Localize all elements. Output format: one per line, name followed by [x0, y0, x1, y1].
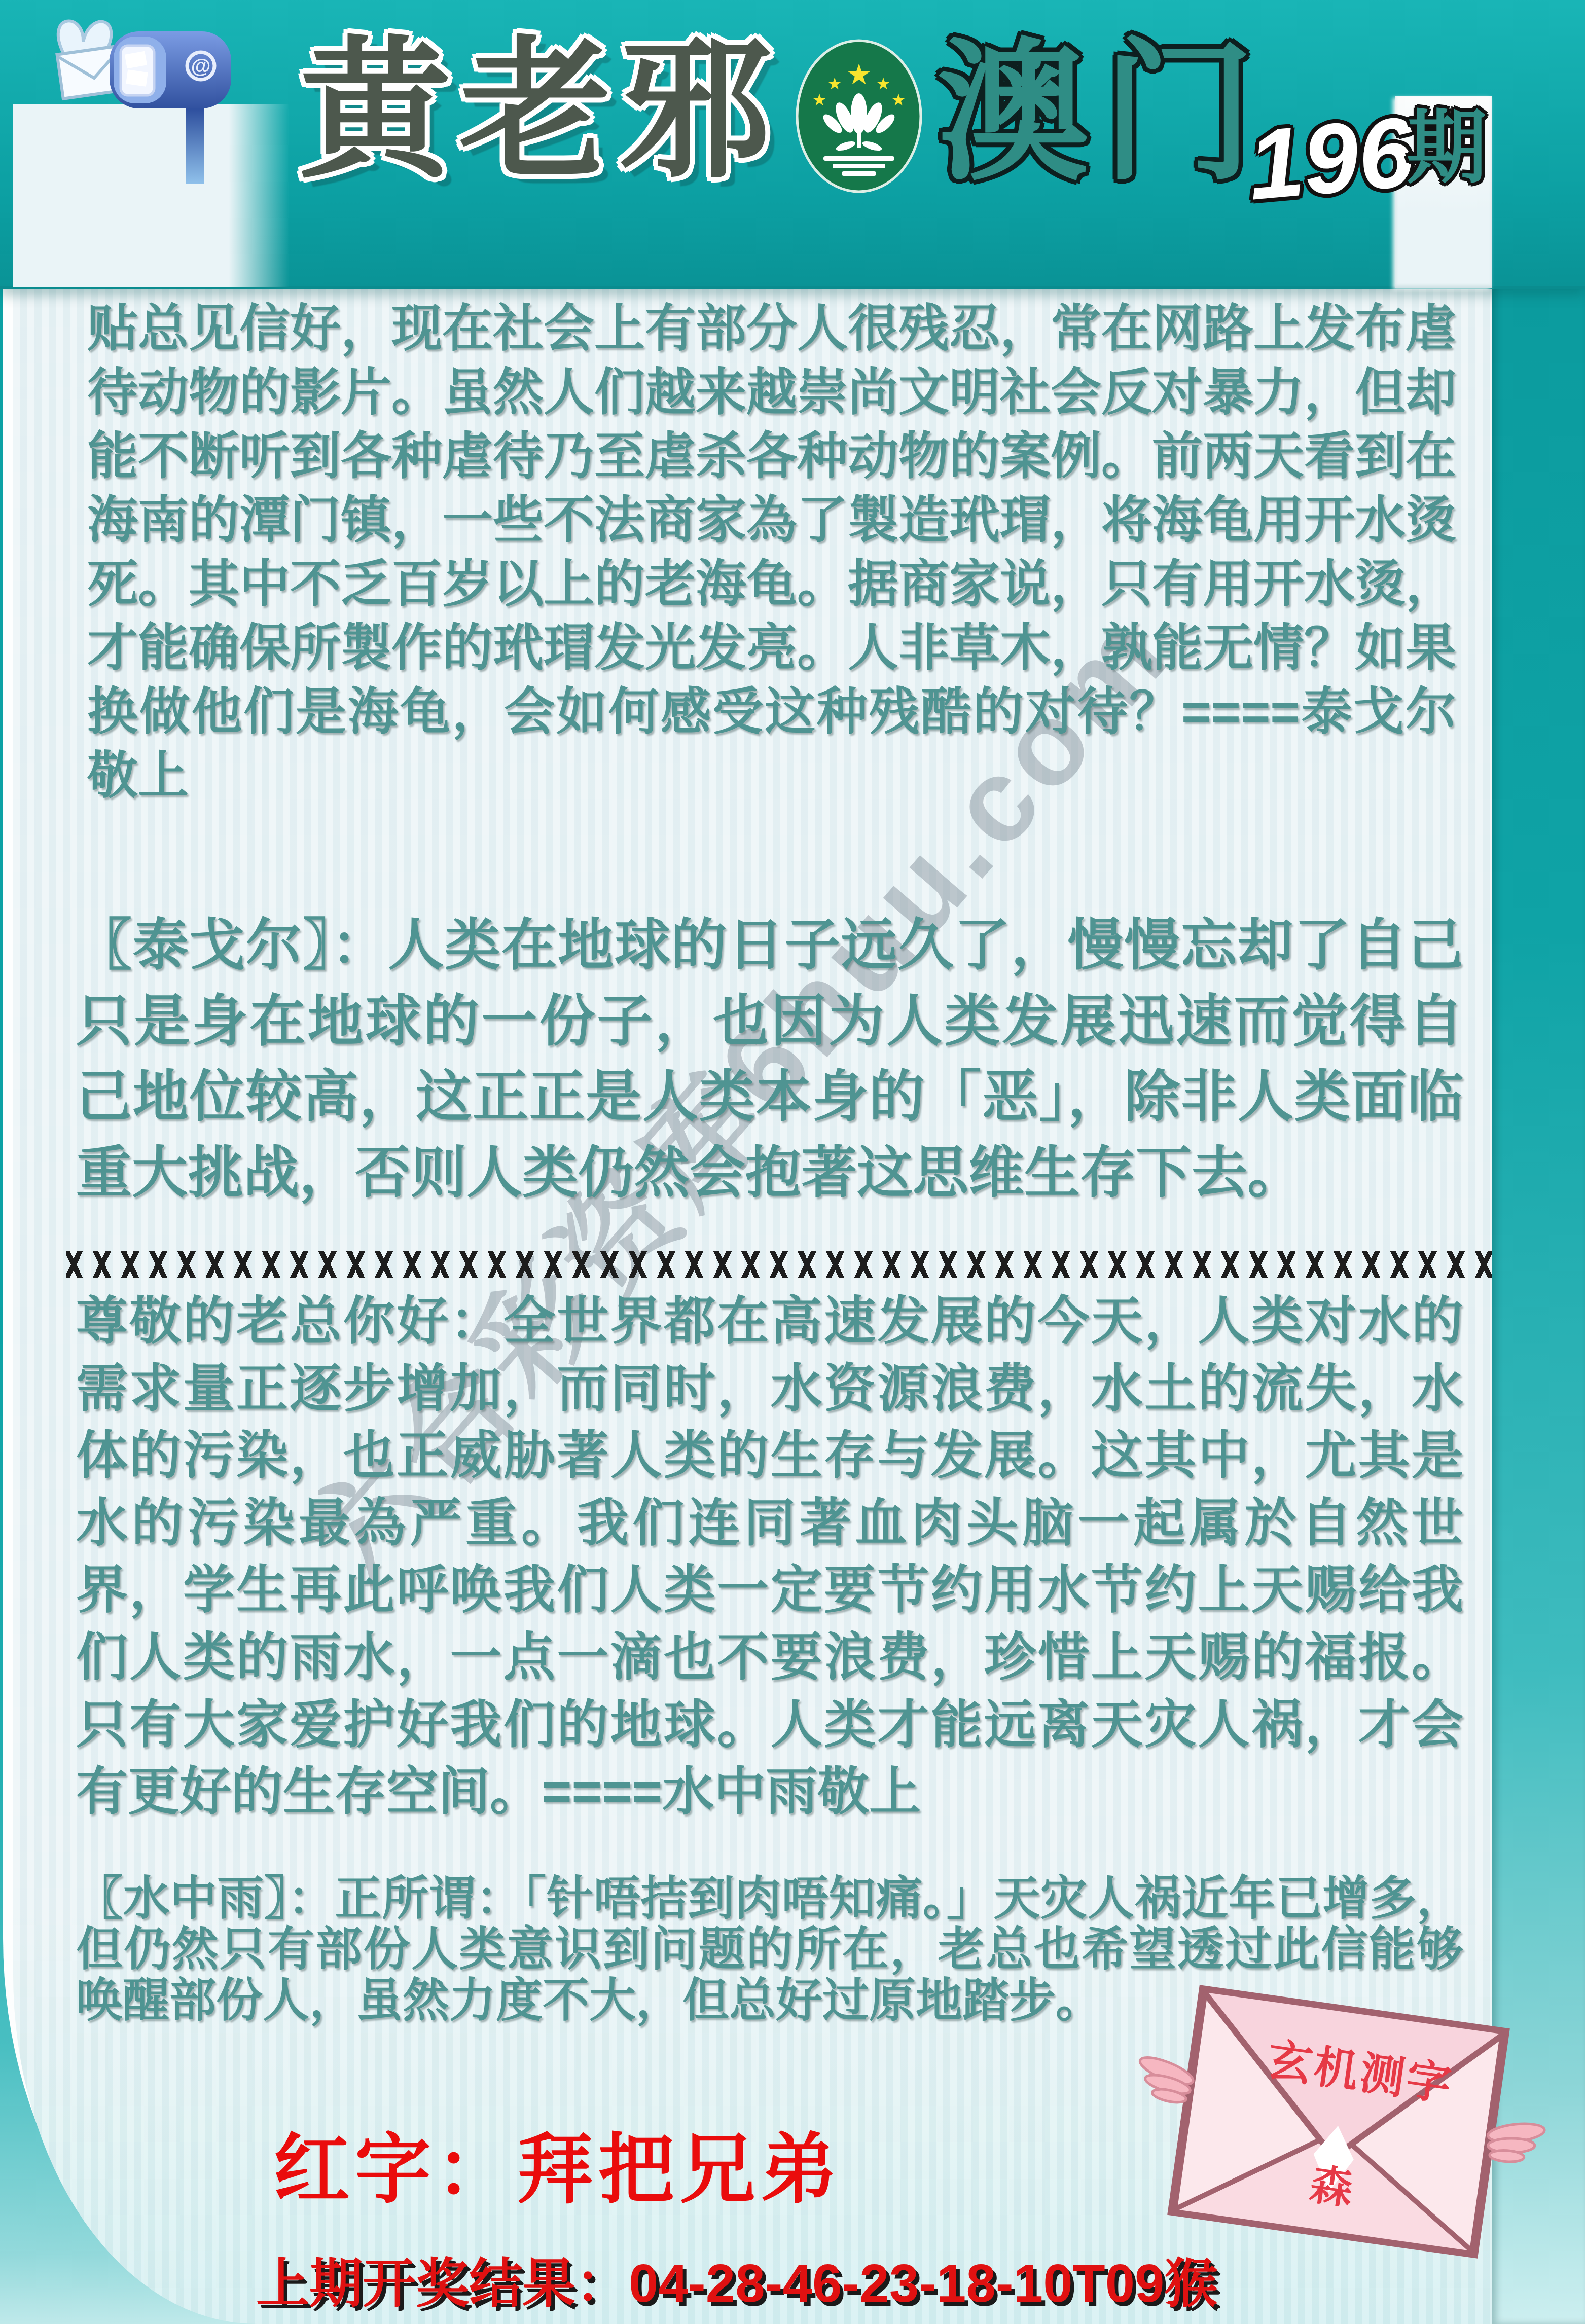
section-divider [66, 1251, 1492, 1278]
right-border-strip [1492, 0, 1585, 2324]
star-icon: ★ [846, 58, 872, 90]
wing-left-icon [1127, 2052, 1200, 2112]
bridge-icon [823, 156, 894, 161]
previous-draw-result: 上期开奖结果：04-28-46-23-18-10T09猴 [256, 2241, 1218, 2317]
issue-number: 196 [1244, 98, 1415, 219]
mystery-envelope-icon: 玄机测字 森 [1167, 1984, 1510, 2259]
macau-lotus-logo: ★ ★ ★ ★ ★ [795, 39, 923, 194]
envelope-seal: 森 [1307, 2150, 1357, 2217]
letter-2-body: 尊敬的老总你好：全世界都在高速发展的今天，人类对水的需求量正逐步增加，而同时，水… [76, 1288, 1463, 1826]
brand-title: 黄老邪 [299, 29, 801, 192]
letter-1-body: 贴总见信好，现在社会上有部分人很残忍，常在网路上发布虐待动物的影片。虽然人们越来… [87, 297, 1456, 808]
svg-text:@: @ [191, 55, 210, 78]
lottery-poster-page: @ ★ ★ ★ ★ ★ 黄老邪 澳门 196 期 六合 [0, 0, 1585, 2324]
wing-right-icon [1480, 2115, 1553, 2174]
region-title: 澳门 [937, 31, 1262, 194]
svg-text:★: ★ [891, 91, 906, 109]
svg-text:★: ★ [876, 75, 891, 93]
svg-text:★: ★ [827, 75, 842, 93]
svg-text:★: ★ [812, 91, 827, 109]
mailbox-icon: @ [33, 6, 272, 194]
issue-unit: 期 [1407, 101, 1495, 195]
reply-1-body: 〖泰戈尔〗：人类在地球的日子远久了，慢慢忘却了自己只是身在地球的一份子，也因为人… [76, 907, 1463, 1211]
red-hint-line: 红字：拜把兄弟 [274, 2108, 842, 2218]
